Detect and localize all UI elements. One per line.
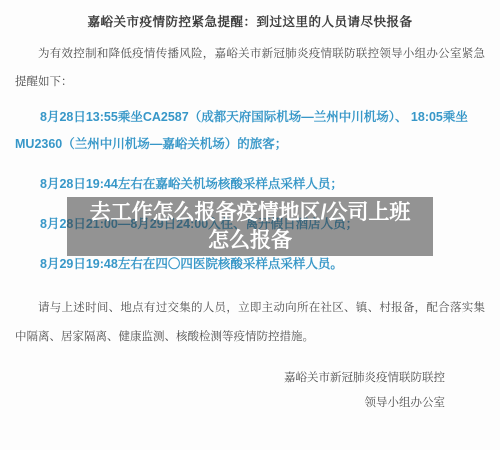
notice-item-flight: 8月28日13:55乘坐CA2587（成都天府国际机场—兰州中川机场）、 18:… bbox=[15, 104, 485, 158]
signature-org-line2: 领导小组办公室 bbox=[15, 391, 445, 416]
notice-intro-paragraph: 为有效控制和降低疫情传播风险，嘉峪关市新冠肺炎疫情联防联控领导小组办公室紧急提醒… bbox=[15, 40, 485, 96]
signature-org-line1: 嘉峪关市新冠肺炎疫情联防联控 bbox=[15, 366, 445, 391]
notice-title: 嘉峪关市疫情防控紧急提醒：到过这里的人员请尽快报备 bbox=[15, 12, 485, 32]
caption-text-line2: 怎么报备 bbox=[208, 227, 292, 255]
caption-text-line1: 去工作怎么报备疫情地区/公司上班 bbox=[90, 199, 411, 227]
caption-overlay: 去工作怎么报备疫情地区/公司上班 怎么报备 bbox=[67, 197, 433, 256]
notice-item-airport-sampling: 8月28日19:44左右在嘉峪关机场核酸采样点采样人员； bbox=[15, 171, 485, 198]
signature-block: 嘉峪关市新冠肺炎疫情联防联控 领导小组办公室 bbox=[15, 366, 485, 416]
notice-outro-paragraph: 请与上述时间、地点有过交集的人员，立即主动向所在社区、镇、村报备，配合落实集中隔… bbox=[15, 294, 485, 352]
notice-page: 嘉峪关市疫情防控紧急提醒：到过这里的人员请尽快报备 为有效控制和降低疫情传播风险… bbox=[0, 0, 500, 450]
